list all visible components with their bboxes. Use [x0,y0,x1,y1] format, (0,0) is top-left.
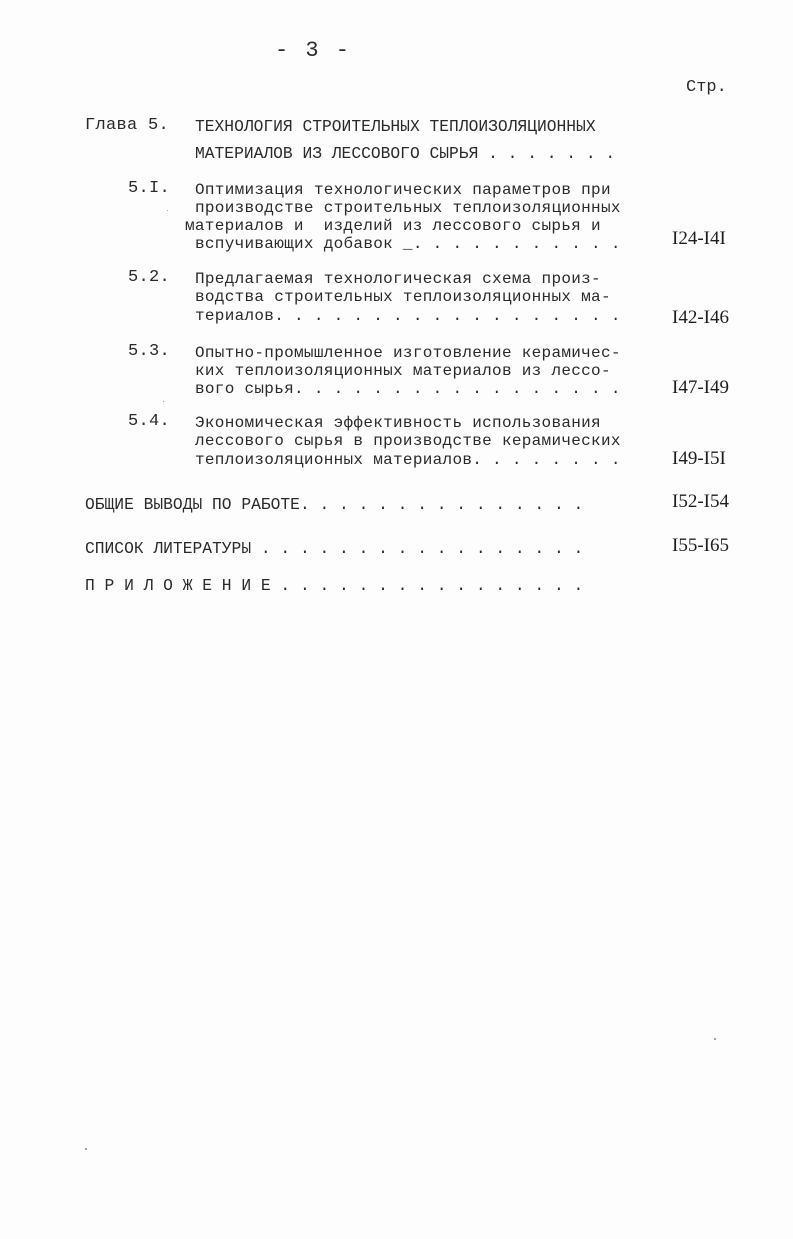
section-pages: I47-I49 [672,377,729,399]
section-number: 5.3. [128,343,170,361]
section-number: 5.4. [128,413,170,431]
scan-speck [714,1038,716,1040]
section-title-line: Предлагаемая технологическая схема произ… [195,270,601,288]
scan-speck [85,1148,87,1150]
section-title-line: Опытно-промышленное изготовление керамич… [195,344,621,362]
scan-speck [167,210,168,211]
section-pages: I42-I46 [672,307,729,329]
section-title-line: теплоизоляционных материалов. . . . . . … [195,451,621,469]
section-title-line: вого сырья. . . . . . . . . . . . . . . … [195,380,621,398]
entry-pages: I52-I54 [672,491,729,513]
entry-title: ОБЩИЕ ВЫВОДЫ ПО РАБОТЕ. . . . . . . . . … [85,496,583,514]
entry-title: СПИСОК ЛИТЕРАТУРЫ . . . . . . . . . . . … [85,540,583,558]
entry-pages: I55-I65 [672,535,729,557]
entry-title: П Р И Л О Ж Е Н И Е . . . . . . . . . . … [85,577,583,595]
section-title-line: Экономическая эффективность использовани… [195,414,601,432]
section-title-line: водства строительных теплоизоляционных м… [195,288,611,306]
section-number: 5.2. [128,269,170,287]
section-pages: I24-I4I [672,228,726,250]
section-number: 5.I. [128,180,170,198]
chapter-title-line-1: ТЕХНОЛОГИЯ СТРОИТЕЛЬНЫХ ТЕПЛОИЗОЛЯЦИОННЫ… [195,118,596,136]
page-number: - 3 - [275,38,351,63]
section-title-line: териалов. . . . . . . . . . . . . . . . … [195,307,621,325]
section-title-line: Оптимизация технологических параметров п… [195,181,611,199]
page-column-label: Стр. [686,78,727,97]
section-title-line: материалов и изделий из лессового сырья … [185,217,601,235]
chapter-label: Глава 5. [85,117,169,135]
scan-speck [163,401,164,402]
chapter-title-line-2: МАТЕРИАЛОВ ИЗ ЛЕССОВОГО СЫРЬЯ . . . . . … [195,145,615,163]
section-title-line: вспучивающих добавок _. . . . . . . . . … [195,235,621,253]
section-title-line: ких теплоизоляционных материалов из лесс… [195,362,611,380]
section-title-line: производстве строительных теплоизоляцион… [195,199,621,217]
section-pages: I49-I5I [672,448,726,470]
section-title-line: лессового сырья в производстве керамичес… [195,432,621,450]
